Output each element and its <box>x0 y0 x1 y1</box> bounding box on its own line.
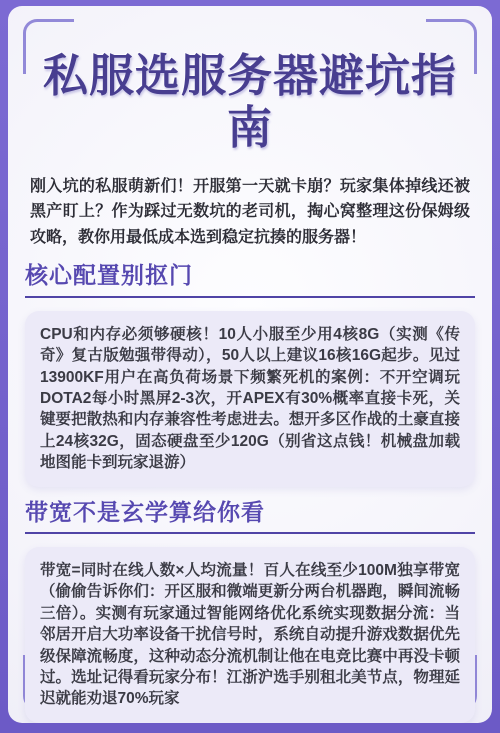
poster-frame: 私服选服务器避坑指南 刚入坑的私服萌新们！开服第一天就卡崩？玩家集体掉线还被黑产… <box>0 0 500 733</box>
content-area: 私服选服务器避坑指南 刚入坑的私服萌新们！开服第一天就卡崩？玩家集体掉线还被黑产… <box>8 6 492 723</box>
section-card-bandwidth: 带宽=同时在线人数×人均流量！百人在线至少100M独享带宽（偷偷告诉你们：开区服… <box>25 547 475 723</box>
page-title: 私服选服务器避坑指南 <box>25 50 475 154</box>
section-heading-bandwidth: 带宽不是玄学算给你看 <box>25 499 475 535</box>
intro-paragraph: 刚入坑的私服萌新们！开服第一天就卡崩？玩家集体掉线还被黑产盯上？作为踩过无数坑的… <box>30 174 470 251</box>
page-background: 私服选服务器避坑指南 刚入坑的私服萌新们！开服第一天就卡崩？玩家集体掉线还被黑产… <box>8 6 492 723</box>
section-heading-core-config: 核心配置别抠门 <box>25 262 475 298</box>
section-card-core-config: CPU和内存必须够硬核！10人小服至少用4核8G（实测《传奇》复古版勉强带得动）… <box>25 311 475 487</box>
